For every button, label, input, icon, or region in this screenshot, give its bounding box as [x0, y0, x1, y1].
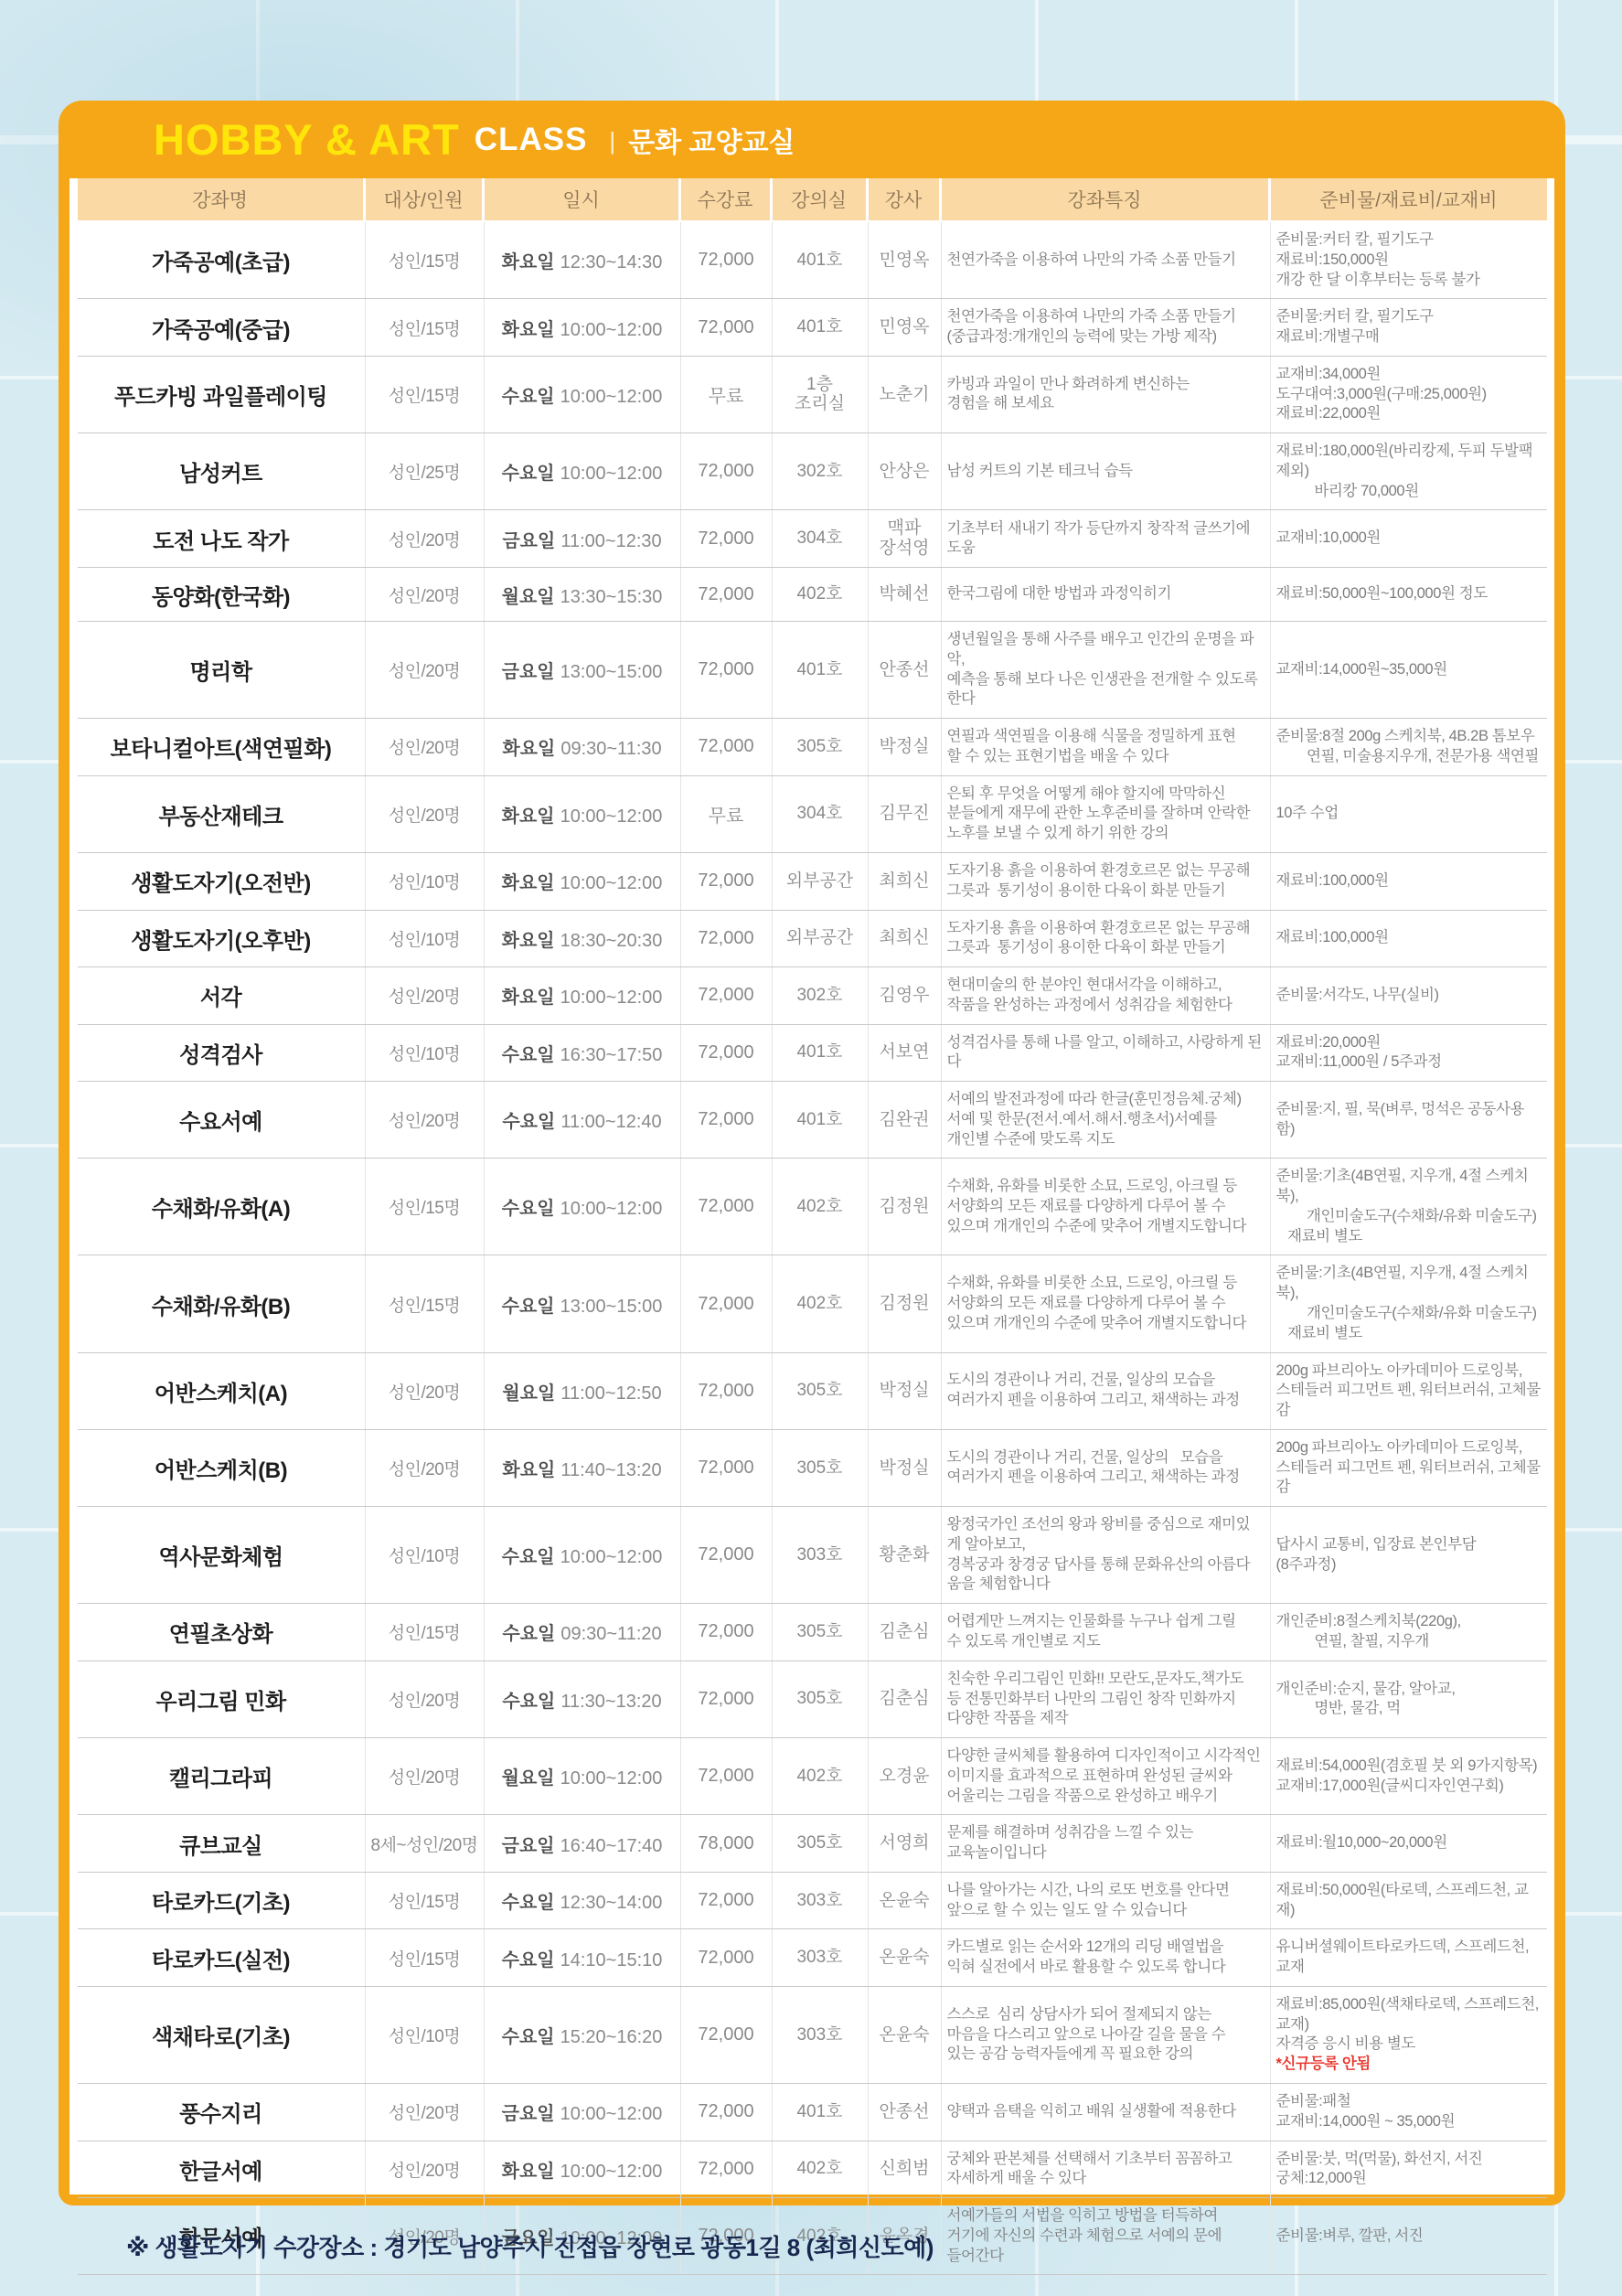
target-capacity-cell: 성인/10명	[366, 1987, 485, 2083]
supplies-text: 200g 파브리아노 아카데미아 드로잉북, 스테들러 피그먼트 펜, 워터브러…	[1276, 1438, 1542, 1498]
schedule-time: 11:00~12:40	[560, 1112, 661, 1132]
room-cell: 303호	[773, 1929, 869, 1986]
schedule-day: 수요일	[502, 1297, 555, 1317]
table-row: 성격검사 성인/10명 수요일16:30~17:50 72,000 401호 서…	[78, 1025, 1547, 1083]
schedule-day: 금요일	[502, 1836, 555, 1856]
schedule-day: 수요일	[502, 2027, 555, 2047]
table-row: 수요서예 성인/20명 수요일11:00~12:40 72,000 401호 김…	[78, 1082, 1547, 1159]
feature-cell: 도시의 경관이나 거리, 건물, 일상의 모습을 여러가지 펜을 이용하여 그리…	[942, 1430, 1271, 1506]
teacher-cell: 온윤숙	[869, 1873, 942, 1929]
table-row: 풍수지리 성인/20명 금요일10:00~12:00 72,000 401호 안…	[78, 2084, 1547, 2141]
supplies-cell: 답사시 교통비, 입장료 본인부담 (8주과정)	[1271, 1507, 1547, 1603]
class-name-cell: 명리학	[78, 622, 366, 718]
class-name-cell: 푸드카빙 과일플레이팅	[78, 357, 366, 433]
schedule-day: 화요일	[502, 873, 555, 893]
room-cell: 402호	[773, 568, 869, 621]
feature-cell: 양택과 음택을 익히고 배워 실생활에 적용한다	[942, 2084, 1271, 2141]
feature-cell: 친숙한 우리그림인 민화!! 모란도,문자도,책가도 등 전통민화부터 나만의 …	[942, 1661, 1271, 1737]
schedule-cell: 화요일10:00~12:00	[485, 967, 681, 1024]
fee-cell: 72,000	[681, 1255, 773, 1351]
feature-cell: 한국그림에 대한 방법과 과정익히기	[942, 568, 1271, 621]
schedule-time: 10:00~12:00	[560, 873, 663, 893]
schedule-cell: 월요일11:00~12:50	[485, 1353, 681, 1429]
class-name-cell: 서각	[78, 967, 366, 1024]
class-name-cell: 연필초상화	[78, 1604, 366, 1661]
column-header: 수강료	[681, 178, 773, 220]
target-capacity-cell: 성인/15명	[366, 299, 485, 356]
supplies-text: 준비물:기초(4B연필, 지우개, 4절 스케치북), 개인미술도구(수채화/유…	[1276, 1264, 1542, 1343]
table-row: 수채화/유화(B) 성인/15명 수요일13:00~15:00 72,000 4…	[78, 1255, 1547, 1352]
schedule-day: 수요일	[502, 387, 555, 407]
target-capacity-cell: 성인/20명	[366, 1661, 485, 1737]
room-cell: 305호	[773, 719, 869, 775]
fee-cell: 무료	[681, 357, 773, 433]
feature-cell: 서예의 발전과정에 따라 한글(훈민정음체.궁체) 서예 및 한문(전서.예서.…	[942, 1082, 1271, 1158]
schedule-day: 금요일	[502, 531, 555, 551]
schedule-cell: 수요일10:00~12:00	[485, 1507, 681, 1603]
supplies-text: 개인준비:순지, 물감, 알아교, 명반, 물감, 먹	[1276, 1680, 1542, 1720]
supplies-text: 준비물:벼루, 깔판, 서진	[1276, 2227, 1542, 2247]
table-row: 가죽공예(초급) 성인/15명 화요일12:30~14:30 72,000 40…	[78, 222, 1547, 299]
target-capacity-cell: 성인/20명	[366, 967, 485, 1024]
schedule-time: 10:00~12:00	[560, 2104, 663, 2124]
schedule-cell: 수요일10:00~12:00	[485, 1159, 681, 1255]
class-name-cell: 가죽공예(초급)	[78, 222, 366, 298]
table-body: 가죽공예(초급) 성인/15명 화요일12:30~14:30 72,000 40…	[78, 222, 1547, 2275]
supplies-cell: 준비물:서각도, 나무(실비)	[1271, 967, 1547, 1024]
supplies-text: 재료비:100,000원	[1276, 871, 1542, 892]
feature-cell: 서예가들의 서법을 익히고 방법을 터득하여 거기에 자신의 수련과 체험으로 …	[942, 2198, 1271, 2274]
schedule-cell: 수요일11:00~12:40	[485, 1082, 681, 1158]
class-name-cell: 수요서예	[78, 1082, 366, 1158]
schedule-cell: 금요일10:00~12:00	[485, 2084, 681, 2141]
room-cell: 302호	[773, 967, 869, 1024]
schedule-cell: 수요일14:10~15:10	[485, 1929, 681, 1986]
supplies-text: 10주 수업	[1276, 804, 1542, 824]
schedule-cell: 화요일10:00~12:00	[485, 776, 681, 852]
class-name-cell: 큐브교실	[78, 1815, 366, 1872]
schedule-time: 10:00~12:00	[560, 387, 663, 407]
room-cell: 401호	[773, 2084, 869, 2141]
target-capacity-cell: 성인/15명	[366, 1255, 485, 1351]
schedule-cell: 수요일10:00~12:00	[485, 433, 681, 509]
schedule-time: 11:30~13:20	[560, 1692, 661, 1712]
room-cell: 401호	[773, 1025, 869, 1082]
supplies-text: 재료비:50,000원(타로덱, 스프레드천, 교재)	[1276, 1881, 1542, 1921]
teacher-cell: 김춘심	[869, 1661, 942, 1737]
supplies-cell: 준비물:벼루, 깔판, 서진	[1271, 2198, 1547, 2274]
supplies-text: 준비물:커터 칼, 필기도구 재료비:개별구매	[1276, 307, 1542, 347]
schedule-day: 금요일	[502, 2104, 555, 2124]
column-header: 준비물/재료비/교재비	[1271, 178, 1547, 220]
target-capacity-cell: 성인/20명	[366, 2141, 485, 2198]
teacher-cell: 맥파 장석영	[869, 510, 942, 567]
table-row: 남성커트 성인/25명 수요일10:00~12:00 72,000 302호 안…	[78, 433, 1547, 510]
supplies-text: 재료비:100,000원	[1276, 928, 1542, 948]
room-cell: 401호	[773, 222, 869, 298]
room-cell: 402호	[773, 2141, 869, 2198]
schedule-cell: 수요일12:30~14:00	[485, 1873, 681, 1929]
teacher-cell: 민영옥	[869, 222, 942, 298]
fee-cell: 72,000	[681, 1353, 773, 1429]
target-capacity-cell: 성인/25명	[366, 433, 485, 509]
schedule-cell: 화요일10:00~12:00	[485, 299, 681, 356]
supplies-text: 재료비:월10,000~20,000원	[1276, 1833, 1542, 1853]
supplies-cell: 200g 파브리아노 아카데미아 드로잉북, 스테들러 피그먼트 펜, 워터브러…	[1271, 1430, 1547, 1506]
fee-cell: 72,000	[681, 1604, 773, 1661]
schedule-day: 화요일	[502, 252, 555, 272]
fee-cell: 72,000	[681, 719, 773, 775]
table-row: 타로카드(기초) 성인/15명 수요일12:30~14:00 72,000 30…	[78, 1873, 1547, 1930]
room-cell: 305호	[773, 1661, 869, 1737]
schedule-day: 수요일	[502, 1547, 555, 1567]
korean-subtitle: 문화 교양교실	[628, 120, 795, 160]
class-schedule-card: HOBBY & ART CLASS | 문화 교양교실 강좌명대상/인원일시수강…	[59, 101, 1565, 2205]
teacher-cell: 안종선	[869, 622, 942, 718]
feature-cell: 천연가죽을 이용하여 나만의 가죽 소품 만들기 (중급과정:개개인의 능력에 …	[942, 299, 1271, 356]
schedule-day: 화요일	[502, 739, 555, 759]
schedule-day: 화요일	[502, 931, 555, 951]
table-row: 수채화/유화(A) 성인/15명 수요일10:00~12:00 72,000 4…	[78, 1159, 1547, 1255]
supplies-cell: 재료비:180,000원(바리캉제, 두피 두발팩 제외) 바리캉 70,000…	[1271, 433, 1547, 509]
room-cell: 402호	[773, 1255, 869, 1351]
teacher-cell: 김완권	[869, 1082, 942, 1158]
supplies-cell: 준비물:기초(4B연필, 지우개, 4절 스케치북), 개인미술도구(수채화/유…	[1271, 1255, 1547, 1351]
class-name-cell: 성격검사	[78, 1025, 366, 1082]
teacher-cell: 박정실	[869, 719, 942, 775]
supplies-text: 준비물:붓, 먹(먹물), 화선지, 서진 궁체:12,000원	[1276, 2150, 1542, 2190]
class-name-cell: 어반스케치(B)	[78, 1430, 366, 1506]
target-capacity-cell: 성인/20명	[366, 1353, 485, 1429]
class-name-cell: 풍수지리	[78, 2084, 366, 2141]
column-header: 강의실	[773, 178, 869, 220]
supplies-text: 교재비:10,000원	[1276, 529, 1542, 549]
supplies-text: 유니버셜웨이트타로카드덱, 스프레드천, 교재	[1276, 1938, 1542, 1978]
room-cell: 305호	[773, 1353, 869, 1429]
teacher-cell: 안상은	[869, 433, 942, 509]
table-header-row: 강좌명대상/인원일시수강료강의실강사강좌특징준비물/재료비/교재비	[78, 178, 1547, 220]
teacher-cell: 온윤숙	[869, 1929, 942, 1986]
teacher-cell: 최희신	[869, 853, 942, 910]
feature-cell: 카드별로 읽는 순서와 12개의 리딩 배열법을 익혀 실전에서 바로 활용할 …	[942, 1929, 1271, 1986]
class-name-cell: 수채화/유화(B)	[78, 1255, 366, 1351]
class-name-cell: 역사문화체험	[78, 1507, 366, 1603]
fee-cell: 72,000	[681, 1430, 773, 1506]
target-capacity-cell: 성인/20명	[366, 568, 485, 621]
teacher-cell: 김정원	[869, 1255, 942, 1351]
supplies-cell: 재료비:월10,000~20,000원	[1271, 1815, 1547, 1872]
table-row: 역사문화체험 성인/10명 수요일10:00~12:00 72,000 303호…	[78, 1507, 1547, 1604]
teacher-cell: 김무진	[869, 776, 942, 852]
schedule-time: 10:00~12:00	[560, 806, 663, 827]
fee-cell: 72,000	[681, 299, 773, 356]
schedule-time: 09:30~11:20	[560, 1624, 661, 1644]
table-row: 부동산재테크 성인/20명 화요일10:00~12:00 무료 304호 김무진…	[78, 776, 1547, 853]
schedule-time: 12:30~14:30	[560, 252, 663, 272]
supplies-cell: 200g 파브리아노 아카데미아 드로잉북, 스테들러 피그먼트 펜, 워터브러…	[1271, 1353, 1547, 1429]
target-capacity-cell: 성인/15명	[366, 1159, 485, 1255]
target-capacity-cell: 성인/20명	[366, 1738, 485, 1814]
teacher-cell: 온윤숙	[869, 1987, 942, 2083]
schedule-time: 13:00~15:00	[560, 662, 663, 682]
feature-cell: 현대미술의 한 분야인 현대서각을 이해하고, 작품을 완성하는 과정에서 성취…	[942, 967, 1271, 1024]
supplies-cell: 재료비:50,000원~100,000원 정도	[1271, 568, 1547, 621]
target-capacity-cell: 성인/20명	[366, 510, 485, 567]
room-cell: 402호	[773, 1159, 869, 1255]
schedule-cell: 월요일13:30~15:30	[485, 568, 681, 621]
class-name-cell: 동양화(한국화)	[78, 568, 366, 621]
supplies-text: 개인준비:8절스케치북(220g), 연필, 찰필, 지우개	[1276, 1612, 1542, 1652]
schedule-time: 10:00~12:00	[560, 1199, 663, 1219]
target-capacity-cell: 성인/15명	[366, 222, 485, 298]
feature-cell: 수채화, 유화를 비롯한 소묘, 드로잉, 아크릴 등 서양화의 모든 재료를 …	[942, 1159, 1271, 1255]
schedule-day: 화요일	[502, 2162, 555, 2182]
table-row: 도전 나도 작가 성인/20명 금요일11:00~12:30 72,000 30…	[78, 510, 1547, 568]
room-cell: 304호	[773, 776, 869, 852]
class-name-cell: 우리그림 민화	[78, 1661, 366, 1737]
supplies-text: 재료비:180,000원(바리캉제, 두피 두발팩 제외) 바리캉 70,000…	[1276, 442, 1542, 501]
schedule-time: 14:10~15:10	[560, 1950, 663, 1970]
table-row: 서각 성인/20명 화요일10:00~12:00 72,000 302호 김영우…	[78, 967, 1547, 1025]
fee-cell: 72,000	[681, 1738, 773, 1814]
schedule-cell: 수요일11:30~13:20	[485, 1661, 681, 1737]
class-name-cell: 타로카드(실전)	[78, 1929, 366, 1986]
teacher-cell: 서보연	[869, 1025, 942, 1082]
teacher-cell: 신희범	[869, 2141, 942, 2198]
teacher-cell: 노춘기	[869, 357, 942, 433]
schedule-time: 11:40~13:20	[560, 1460, 661, 1480]
supplies-cell: 준비물:지, 필, 묵(벼루, 멍석은 공동사용함)	[1271, 1082, 1547, 1158]
title-divider: |	[609, 127, 615, 155]
feature-cell: 도시의 경관이나 거리, 건물, 일상의 모습을 여러가지 펜을 이용하여 그리…	[942, 1353, 1271, 1429]
fee-cell: 72,000	[681, 2141, 773, 2198]
fee-cell: 무료	[681, 776, 773, 852]
class-name-cell: 캘리그라피	[78, 1738, 366, 1814]
fee-cell: 72,000	[681, 1661, 773, 1737]
schedule-day: 월요일	[502, 1768, 555, 1789]
class-name-cell: 생활도자기(오전반)	[78, 853, 366, 910]
table-row: 큐브교실 8세~성인/20명 금요일16:40~17:40 78,000 305…	[78, 1815, 1547, 1873]
room-cell: 305호	[773, 1815, 869, 1872]
supplies-text: 재료비:85,000원(색채타로덱, 스프레드천, 교재) 자격증 응시 비용 …	[1276, 1995, 1542, 2055]
schedule-cell: 금요일16:40~17:40	[485, 1815, 681, 1872]
schedule-day: 화요일	[502, 320, 555, 340]
schedule-time: 11:00~12:30	[560, 531, 661, 551]
class-table: 강좌명대상/인원일시수강료강의실강사강좌특징준비물/재료비/교재비 가죽공예(초…	[78, 178, 1547, 2275]
room-cell: 303호	[773, 1987, 869, 2083]
supplies-text: 재료비:50,000원~100,000원 정도	[1276, 584, 1542, 604]
table-row: 생활도자기(오전반) 성인/10명 화요일10:00~12:00 72,000 …	[78, 853, 1547, 911]
schedule-cell: 수요일16:30~17:50	[485, 1025, 681, 1082]
room-cell: 302호	[773, 433, 869, 509]
schedule-time: 15:20~16:20	[560, 2027, 663, 2047]
supplies-warning-text: *신규등록 안됨	[1276, 2055, 1542, 2075]
fee-cell: 78,000	[681, 1815, 773, 1872]
teacher-cell: 박정실	[869, 1353, 942, 1429]
table-row: 푸드카빙 과일플레이팅 성인/15명 수요일10:00~12:00 무료 1층 …	[78, 357, 1547, 433]
target-capacity-cell: 성인/20명	[366, 776, 485, 852]
room-cell: 401호	[773, 1082, 869, 1158]
schedule-time: 10:00~12:00	[560, 2162, 663, 2182]
schedule-cell: 화요일09:30~11:30	[485, 719, 681, 775]
table-row: 어반스케치(A) 성인/20명 월요일11:00~12:50 72,000 30…	[78, 1353, 1547, 1430]
feature-cell: 나를 알아가는 시간, 나의 로또 번호를 안다면 앞으로 할 수 있는 일도 …	[942, 1873, 1271, 1929]
class-name-cell: 도전 나도 작가	[78, 510, 366, 567]
schedule-cell: 화요일18:30~20:30	[485, 911, 681, 967]
fee-cell: 72,000	[681, 222, 773, 298]
room-cell: 303호	[773, 1507, 869, 1603]
target-capacity-cell: 성인/10명	[366, 1507, 485, 1603]
target-capacity-cell: 성인/20명	[366, 1430, 485, 1506]
schedule-time: 16:30~17:50	[560, 1045, 663, 1065]
feature-cell: 궁체와 판본체를 선택해서 기초부터 꼼꼼하고 자세하게 배울 수 있다	[942, 2141, 1271, 2198]
feature-cell: 은퇴 후 무엇을 어떻게 해야 할지에 막막하신 분들에게 재무에 관한 노후준…	[942, 776, 1271, 852]
supplies-text: 재료비:54,000원(겸호필 붓 외 9가지항목) 교재비:17,000원(글…	[1276, 1757, 1542, 1797]
target-capacity-cell: 성인/20명	[366, 719, 485, 775]
target-capacity-cell: 성인/10명	[366, 911, 485, 967]
supplies-cell: 준비물:8절 200g 스케치북, 4B.2B 톰보우 연필, 미술용지우개, …	[1271, 719, 1547, 775]
fee-cell: 72,000	[681, 433, 773, 509]
class-name-cell: 부동산재테크	[78, 776, 366, 852]
target-capacity-cell: 8세~성인/20명	[366, 1815, 485, 1872]
room-cell: 305호	[773, 1604, 869, 1661]
schedule-cell: 화요일10:00~12:00	[485, 853, 681, 910]
table-row: 명리학 성인/20명 금요일13:00~15:00 72,000 401호 안종…	[78, 622, 1547, 719]
schedule-cell: 수요일15:20~16:20	[485, 1987, 681, 2083]
poster-page: { "header": { "brand": "HOBBY & ART", "c…	[0, 0, 1622, 2296]
schedule-time: 10:00~12:00	[560, 988, 663, 1008]
feature-cell: 기초부터 새내기 작가 등단까지 창작적 글쓰기에 도움	[942, 510, 1271, 567]
schedule-day: 수요일	[502, 1199, 555, 1219]
class-name-cell: 생활도자기(오후반)	[78, 911, 366, 967]
teacher-cell: 안종선	[869, 2084, 942, 2141]
schedule-cell: 수요일10:00~12:00	[485, 357, 681, 433]
class-name-cell: 어반스케치(A)	[78, 1353, 366, 1429]
supplies-text: 준비물:패철 교재비:14,000원 ~ 35,000원	[1276, 2092, 1542, 2132]
feature-cell: 연필과 색연필을 이용해 식물을 정밀하게 표현 할 수 있는 표현기법을 배울…	[942, 719, 1271, 775]
schedule-time: 18:30~20:30	[560, 931, 663, 951]
schedule-cell: 금요일13:00~15:00	[485, 622, 681, 718]
room-cell: 304호	[773, 510, 869, 567]
feature-cell: 수채화, 유화를 비롯한 소묘, 드로잉, 아크릴 등 서양화의 모든 재료를 …	[942, 1255, 1271, 1351]
fee-cell: 72,000	[681, 1082, 773, 1158]
column-header: 대상/인원	[366, 178, 485, 220]
schedule-time: 10:00~12:00	[560, 1547, 663, 1567]
feature-cell: 천연가죽을 이용하여 나만의 가죽 소품 만들기	[942, 222, 1271, 298]
feature-cell: 왕정국가인 조선의 왕과 왕비를 중심으로 재미있게 알아보고, 경복궁과 창경…	[942, 1507, 1271, 1603]
supplies-text: 교재비:34,000원 도구대여:3,000원(구매:25,000원) 재료비:…	[1276, 365, 1542, 424]
room-cell: 303호	[773, 1873, 869, 1929]
fee-cell: 72,000	[681, 2084, 773, 2141]
schedule-day: 수요일	[502, 1692, 555, 1712]
table-row: 캘리그라피 성인/20명 월요일10:00~12:00 72,000 402호 …	[78, 1738, 1547, 1815]
schedule-day: 수요일	[502, 1950, 555, 1970]
supplies-cell: 교재비:34,000원 도구대여:3,000원(구매:25,000원) 재료비:…	[1271, 357, 1547, 433]
room-cell: 외부공간	[773, 911, 869, 967]
supplies-cell: 개인준비:8절스케치북(220g), 연필, 찰필, 지우개	[1271, 1604, 1547, 1661]
brand-class-word: CLASS	[475, 122, 588, 158]
target-capacity-cell: 성인/15명	[366, 357, 485, 433]
supplies-text: 답사시 교통비, 입장료 본인부담 (8주과정)	[1276, 1535, 1542, 1575]
feature-cell: 카빙과 과일이 만나 화려하게 변신하는 경험을 해 보세요	[942, 357, 1271, 433]
fee-cell: 72,000	[681, 967, 773, 1024]
table-row: 보타니컬아트(색연필화) 성인/20명 화요일09:30~11:30 72,00…	[78, 719, 1547, 776]
feature-cell: 어렵게만 느껴지는 인물화를 누구나 쉽게 그릴 수 있도록 개인별로 지도	[942, 1604, 1271, 1661]
target-capacity-cell: 성인/10명	[366, 853, 485, 910]
room-cell: 401호	[773, 299, 869, 356]
schedule-time: 09:30~11:30	[560, 739, 661, 759]
schedule-cell: 화요일11:40~13:20	[485, 1430, 681, 1506]
fee-cell: 72,000	[681, 853, 773, 910]
schedule-time: 13:30~15:30	[560, 587, 663, 607]
column-header: 강사	[869, 178, 942, 220]
feature-cell: 문제를 해결하며 성취감을 느낄 수 있는 교육놀이입니다	[942, 1815, 1271, 1872]
schedule-cell: 수요일09:30~11:20	[485, 1604, 681, 1661]
room-cell: 402호	[773, 1738, 869, 1814]
teacher-cell: 민영옥	[869, 299, 942, 356]
target-capacity-cell: 성인/20명	[366, 1082, 485, 1158]
supplies-cell: 재료비:20,000원 교재비:11,000원 / 5주과정	[1271, 1025, 1547, 1082]
supplies-text: 준비물:커터 칼, 필기도구 재료비:150,000원 개강 한 달 이후부터는…	[1276, 230, 1542, 290]
teacher-cell: 서영희	[869, 1815, 942, 1872]
supplies-cell: 유니버셜웨이트타로카드덱, 스프레드천, 교재	[1271, 1929, 1547, 1986]
teacher-cell: 김춘심	[869, 1604, 942, 1661]
room-cell: 1층 조리실	[773, 357, 869, 433]
schedule-time: 11:00~12:50	[560, 1383, 661, 1404]
schedule-time: 16:40~17:40	[560, 1836, 663, 1856]
feature-cell: 도자기용 흙을 이용하여 환경호르몬 없는 무공해 그릇과 통기성이 용이한 다…	[942, 853, 1271, 910]
target-capacity-cell: 성인/20명	[366, 2084, 485, 2141]
schedule-time: 12:30~14:00	[560, 1893, 663, 1913]
supplies-cell: 교재비:10,000원	[1271, 510, 1547, 567]
fee-cell: 72,000	[681, 1025, 773, 1082]
supplies-cell: 재료비:54,000원(겸호필 붓 외 9가지항목) 교재비:17,000원(글…	[1271, 1738, 1547, 1814]
teacher-cell: 오경윤	[869, 1738, 942, 1814]
fee-cell: 72,000	[681, 1159, 773, 1255]
supplies-cell: 개인준비:순지, 물감, 알아교, 명반, 물감, 먹	[1271, 1661, 1547, 1737]
supplies-cell: 재료비:85,000원(색채타로덱, 스프레드천, 교재) 자격증 응시 비용 …	[1271, 1987, 1547, 2083]
feature-cell: 성격검사를 통해 나를 알고, 이해하고, 사랑하게 된다	[942, 1025, 1271, 1082]
supplies-text: 준비물:서각도, 나무(실비)	[1276, 986, 1542, 1006]
table-row: 어반스케치(B) 성인/20명 화요일11:40~13:20 72,000 30…	[78, 1430, 1547, 1507]
supplies-text: 교재비:14,000원~35,000원	[1276, 660, 1542, 680]
fee-cell: 72,000	[681, 510, 773, 567]
fee-cell: 72,000	[681, 1873, 773, 1929]
supplies-text: 200g 파브리아노 아카데미아 드로잉북, 스테들러 피그먼트 펜, 워터브러…	[1276, 1362, 1542, 1421]
table-row: 우리그림 민화 성인/20명 수요일11:30~13:20 72,000 305…	[78, 1661, 1547, 1738]
supplies-cell: 재료비:100,000원	[1271, 911, 1547, 967]
table-row: 동양화(한국화) 성인/20명 월요일13:30~15:30 72,000 40…	[78, 568, 1547, 622]
target-capacity-cell: 성인/15명	[366, 1929, 485, 1986]
table-area: 강좌명대상/인원일시수강료강의실강사강좌특징준비물/재료비/교재비 가죽공예(초…	[69, 178, 1554, 2195]
schedule-day: 수요일	[502, 464, 555, 484]
class-name-cell: 한글서예	[78, 2141, 366, 2198]
schedule-cell: 화요일10:00~12:00	[485, 2141, 681, 2198]
fee-cell: 72,000	[681, 622, 773, 718]
column-header: 강좌특징	[942, 178, 1271, 220]
feature-cell: 다양한 글씨체를 활용하여 디자인적이고 시각적인 이미지를 효과적으로 표현하…	[942, 1738, 1271, 1814]
teacher-cell: 박혜선	[869, 568, 942, 621]
schedule-day: 월요일	[502, 1383, 555, 1404]
footer-note: ※ 생활도자기 수강장소 : 경기도 남양주시 진접읍 장현로 광동1길 8 (…	[126, 2229, 934, 2263]
class-name-cell: 가죽공예(중급)	[78, 299, 366, 356]
schedule-day: 수요일	[502, 1624, 555, 1644]
table-row: 한글서예 성인/20명 화요일10:00~12:00 72,000 402호 신…	[78, 2141, 1547, 2199]
teacher-cell: 박정실	[869, 1430, 942, 1506]
room-cell: 401호	[773, 622, 869, 718]
schedule-time: 13:00~15:00	[560, 1297, 663, 1317]
schedule-day: 수요일	[502, 1045, 555, 1065]
